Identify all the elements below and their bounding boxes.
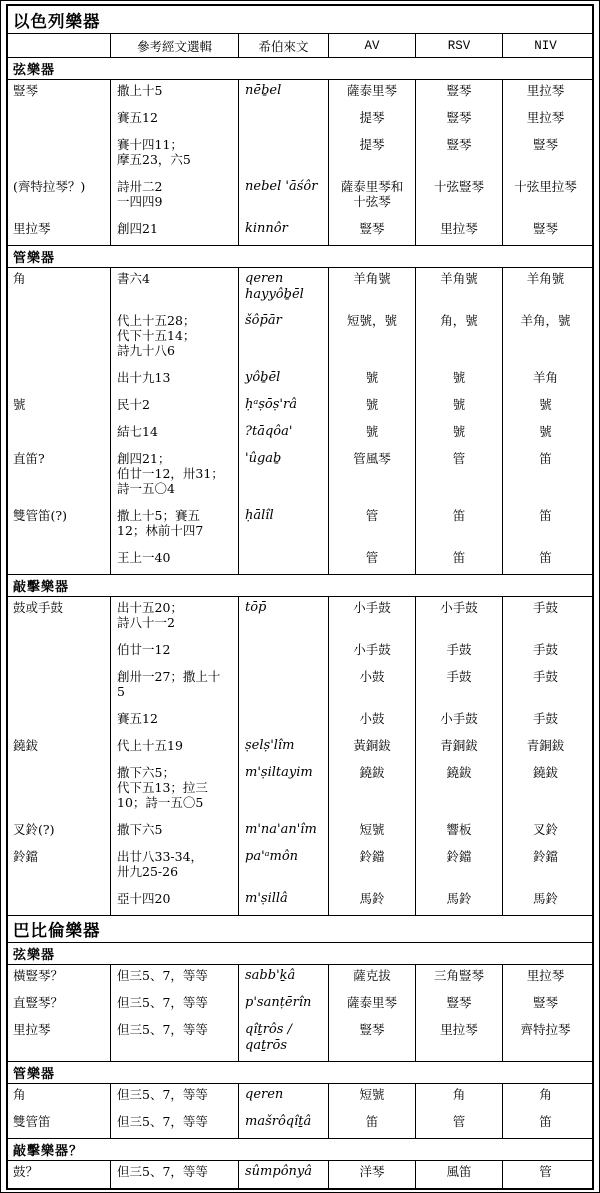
reference-cell: 創四21 [111,218,239,245]
reference-cell: 王上一40 [111,547,239,574]
rsv-cell: 鐃鈸 [416,762,503,819]
niv-cell: 手鼓 [503,639,588,666]
instrument-name-cell: 鈴鐺 [8,846,111,888]
instrument-name-cell: (齊特拉琴？) [8,176,111,218]
table-row: 橫豎琴？但三5、7，等等sabb'ḵâ薩克拔三角豎琴里拉琴 [8,965,592,992]
instrument-name-cell: 雙管笛 [8,1111,111,1138]
instrument-name-cell [8,310,111,367]
niv-cell: 笛 [503,1111,588,1138]
table-title-2: 巴比倫樂器 [8,915,592,943]
rsv-cell: 號 [416,421,503,448]
instrument-name-cell: 雙管笛(?) [8,505,111,547]
av-cell: 薩克拔 [329,965,416,992]
hebrew-cell: yôḇēl [239,367,329,394]
table-row: 伯廿一12小手鼓手鼓手鼓 [8,639,592,666]
rsv-cell: 羊角號 [416,268,503,310]
rsv-cell: 里拉琴 [416,218,503,245]
rsv-cell: 笛 [416,547,503,574]
table-row: 王上一40管笛笛 [8,547,592,574]
niv-cell: 羊角號 [503,268,588,310]
reference-cell: 民十2 [111,394,239,421]
instrument-name-cell: 鼓？ [8,1161,111,1188]
section-header-label: 弦樂器 [13,944,55,963]
niv-cell: 鐃鈸 [503,762,588,819]
instrument-name-cell [8,888,111,915]
av-cell: 薩泰里琴 [329,992,416,1019]
table-row: 出十九13yôḇēl號號羊角 [8,367,592,394]
av-cell: 短號 [329,819,416,846]
column-header-row: 參考經文選輯希伯來文AVRSVNIV [8,34,592,58]
hebrew-cell: sabb'ḵâ [239,965,329,992]
hebrew-cell: ?tāqôa' [239,421,329,448]
hebrew-cell [239,107,329,134]
hebrew-cell [239,708,329,735]
rsv-cell: 風笛 [416,1161,503,1188]
hebrew-cell [239,547,329,574]
rsv-cell: 十弦豎琴 [416,176,503,218]
niv-cell: 羊角 [503,367,588,394]
table-row: 雙管笛但三5、7，等等mašrôqîṯâ笛管笛 [8,1111,592,1138]
av-cell: 短號 [329,1084,416,1111]
section-header-6: 敲擊樂器？ [8,1138,592,1161]
rsv-cell: 小手鼓 [416,597,503,639]
reference-cell: 伯廿一12 [111,639,239,666]
hebrew-cell: qîṯrôs / qaṯrōs [239,1019,329,1061]
av-cell: 短號，號 [329,310,416,367]
av-cell: 小鼓 [329,666,416,708]
column-header-name [8,34,111,57]
niv-cell: 手鼓 [503,708,588,735]
rsv-cell: 三角豎琴 [416,965,503,992]
av-cell: 提琴 [329,134,416,176]
av-cell: 薩泰里琴 [329,80,416,107]
hebrew-cell: šôp̄ār [239,310,329,367]
reference-cell: 賽五12 [111,708,239,735]
av-cell: 豎琴 [329,218,416,245]
niv-cell: 里拉琴 [503,80,588,107]
instrument-name-cell: 角 [8,1084,111,1111]
niv-cell: 豎琴 [503,992,588,1019]
section-header-5: 管樂器 [8,1061,592,1084]
niv-cell: 號 [503,394,588,421]
rsv-cell: 豎琴 [416,107,503,134]
reference-cell: 撒上十5 [111,80,239,107]
instrument-name-cell [8,708,111,735]
table-row: 雙管笛(?)撒上十5；賽五 12；林前十四7ḥālîl管笛笛 [8,505,592,547]
niv-cell: 叉鈴 [503,819,588,846]
hebrew-cell: nēḇel [239,80,329,107]
hebrew-cell: kinnôr [239,218,329,245]
instrument-name-cell: 豎琴 [8,80,111,107]
av-cell: 鈴鐺 [329,846,416,888]
reference-cell: 出十五20； 詩八十一2 [111,597,239,639]
reference-cell: 撒下六5； 代下五13；拉三 10；詩一五〇5 [111,762,239,819]
hebrew-cell: ṣelṣ'lîm [239,735,329,762]
niv-cell: 里拉琴 [503,107,588,134]
reference-cell: 亞十四20 [111,888,239,915]
reference-cell: 賽十四11； 摩五23，六5 [111,134,239,176]
rsv-cell: 豎琴 [416,134,503,176]
instrument-name-cell: 鼓或手鼓 [8,597,111,639]
table-row: 撒下六5； 代下五13；拉三 10；詩一五〇5m'ṣiltayim鐃鈸鐃鈸鐃鈸 [8,762,592,819]
column-header-ref: 參考經文選輯 [111,34,239,57]
section-header-label: 敲擊樂器 [13,576,69,595]
instrument-name-cell: 里拉琴 [8,1019,111,1061]
niv-cell: 里拉琴 [503,965,588,992]
rsv-cell: 馬鈴 [416,888,503,915]
av-cell: 薩泰里琴和 十弦琴 [329,176,416,218]
av-cell: 管 [329,505,416,547]
hebrew-cell: m'ṣillâ [239,888,329,915]
rsv-cell: 里拉琴 [416,1019,503,1061]
niv-cell: 角 [503,1084,588,1111]
instrument-name-cell [8,547,111,574]
av-cell: 小手鼓 [329,639,416,666]
table-row: 代上十五28； 代下十五14； 詩九十八6šôp̄ār短號，號角，號羊角，號 [8,310,592,367]
av-cell: 小手鼓 [329,597,416,639]
reference-cell: 但三5、7，等等 [111,1111,239,1138]
table-row: (齊特拉琴？)詩卅二2 一四四9nebel 'āśôr薩泰里琴和 十弦琴十弦豎琴… [8,176,592,218]
table-row: 賽十四11； 摩五23，六5提琴豎琴豎琴 [8,134,592,176]
instrument-name-cell [8,421,111,448]
hebrew-cell [239,134,329,176]
table-row: 直笛?創四21； 伯廿一12，卅31； 詩一五〇4'ûgaḇ管風琴管笛 [8,448,592,505]
rsv-cell: 青銅鈸 [416,735,503,762]
table-row: 結七14?tāqôa'號號號 [8,421,592,448]
av-cell: 馬鈴 [329,888,416,915]
niv-cell: 管 [503,1161,588,1188]
hebrew-cell: ḥālîl [239,505,329,547]
reference-cell: 創四21； 伯廿一12，卅31； 詩一五〇4 [111,448,239,505]
rsv-cell: 管 [416,1111,503,1138]
hebrew-cell: m'ṣiltayim [239,762,329,819]
instrument-name-cell: 叉鈴(?) [8,819,111,846]
rsv-cell: 號 [416,367,503,394]
av-cell: 鐃鈸 [329,762,416,819]
section-header-label: 管樂器 [13,1063,55,1082]
av-cell: 號 [329,394,416,421]
reference-cell: 但三5、7，等等 [111,992,239,1019]
section-header-4: 弦樂器 [8,943,592,965]
table-row: 角書六4qeren hayyôḇēl羊角號羊角號羊角號 [8,268,592,310]
reference-cell: 代上十五28； 代下十五14； 詩九十八6 [111,310,239,367]
niv-cell: 笛 [503,505,588,547]
instrument-name-cell: 橫豎琴？ [8,965,111,992]
rsv-cell: 鈴鐺 [416,846,503,888]
section-header-label: 弦樂器 [13,59,55,78]
column-header-av: AV [329,34,416,57]
instrument-name-cell [8,367,111,394]
instrument-name-cell: 直豎琴？ [8,992,111,1019]
reference-cell: 但三5、7，等等 [111,965,239,992]
table-row: 豎琴撒上十5nēḇel薩泰里琴豎琴里拉琴 [8,80,592,107]
instrument-name-cell: 號 [8,394,111,421]
niv-cell: 馬鈴 [503,888,588,915]
table-title-label: 以色列樂器 [13,8,101,32]
hebrew-cell: nebel 'āśôr [239,176,329,218]
hebrew-cell: ḥᵃṣōṣ'râ [239,394,329,421]
section-header-2: 管樂器 [8,245,592,268]
rsv-cell: 角，號 [416,310,503,367]
table-row: 賽五12提琴豎琴里拉琴 [8,107,592,134]
table-row: 里拉琴但三5、7，等等qîṯrôs / qaṯrōs豎琴里拉琴齊特拉琴 [8,1019,592,1061]
instrument-name-cell: 直笛? [8,448,111,505]
rsv-cell: 笛 [416,505,503,547]
rsv-cell: 手鼓 [416,639,503,666]
av-cell: 管 [329,547,416,574]
column-header-niv: NIV [503,34,588,57]
hebrew-cell: mašrôqîṯâ [239,1111,329,1138]
rsv-cell: 豎琴 [416,80,503,107]
rsv-cell: 豎琴 [416,992,503,1019]
av-cell: 管風琴 [329,448,416,505]
table-row: 直豎琴？但三5、7，等等p'sanṭērîn薩泰里琴豎琴豎琴 [8,992,592,1019]
hebrew-cell: 'ûgaḇ [239,448,329,505]
reference-cell: 撒下六5 [111,819,239,846]
reference-cell: 代上十五19 [111,735,239,762]
table-row: 鐃鈸代上十五19ṣelṣ'lîm黃銅鈸青銅鈸青銅鈸 [8,735,592,762]
hebrew-cell: sûmpônyâ [239,1161,329,1188]
table-row: 鈴鐺出廿八33-34， 卅九25-26pa'ᵃmôn鈴鐺鈴鐺鈴鐺 [8,846,592,888]
av-cell: 號 [329,367,416,394]
instrument-name-cell: 鐃鈸 [8,735,111,762]
av-cell: 號 [329,421,416,448]
niv-cell: 號 [503,421,588,448]
av-cell: 提琴 [329,107,416,134]
table-row: 亞十四20m'ṣillâ馬鈴馬鈴馬鈴 [8,888,592,915]
reference-cell: 書六4 [111,268,239,310]
reference-cell: 賽五12 [111,107,239,134]
av-cell: 小鼓 [329,708,416,735]
section-header-1: 弦樂器 [8,58,592,80]
section-header-3: 敲擊樂器 [8,574,592,597]
niv-cell: 青銅鈸 [503,735,588,762]
instrument-name-cell [8,134,111,176]
hebrew-cell: tōp̄ [239,597,329,639]
table-row: 角但三5、7，等等qeren短號角角 [8,1084,592,1111]
reference-cell: 但三5、7，等等 [111,1084,239,1111]
reference-cell: 但三5、7，等等 [111,1019,239,1061]
table-row: 里拉琴創四21kinnôr豎琴里拉琴豎琴 [8,218,592,245]
rsv-cell: 響板 [416,819,503,846]
page-frame: 以色列樂器參考經文選輯希伯來文AVRSVNIV弦樂器豎琴撒上十5nēḇel薩泰里… [0,0,600,1193]
instrument-name-cell [8,762,111,819]
reference-cell: 撒上十5；賽五 12；林前十四7 [111,505,239,547]
av-cell: 羊角號 [329,268,416,310]
instruments-table: 以色列樂器參考經文選輯希伯來文AVRSVNIV弦樂器豎琴撒上十5nēḇel薩泰里… [6,4,594,1190]
instrument-name-cell: 角 [8,268,111,310]
rsv-cell: 角 [416,1084,503,1111]
reference-cell: 但三5、7，等等 [111,1161,239,1188]
niv-cell: 笛 [503,547,588,574]
instrument-name-cell [8,666,111,708]
av-cell: 黃銅鈸 [329,735,416,762]
rsv-cell: 手鼓 [416,666,503,708]
hebrew-cell: pa'ᵃmôn [239,846,329,888]
instrument-name-cell [8,639,111,666]
rsv-cell: 管 [416,448,503,505]
niv-cell: 鈴鐺 [503,846,588,888]
column-header-hebrew: 希伯來文 [239,34,329,57]
niv-cell: 齊特拉琴 [503,1019,588,1061]
instrument-name-cell [8,107,111,134]
reference-cell: 出廿八33-34， 卅九25-26 [111,846,239,888]
section-header-label: 管樂器 [13,247,55,266]
table-row: 叉鈴(?)撒下六5m'na'an'îm短號響板叉鈴 [8,819,592,846]
av-cell: 豎琴 [329,1019,416,1061]
av-cell: 洋琴 [329,1161,416,1188]
reference-cell: 創卅一27；撒上十 5 [111,666,239,708]
reference-cell: 出十九13 [111,367,239,394]
table-row: 號民十2ḥᵃṣōṣ'râ號號號 [8,394,592,421]
niv-cell: 豎琴 [503,218,588,245]
table-row: 賽五12小鼓小手鼓手鼓 [8,708,592,735]
hebrew-cell: qeren hayyôḇēl [239,268,329,310]
niv-cell: 笛 [503,448,588,505]
av-cell: 笛 [329,1111,416,1138]
niv-cell: 手鼓 [503,597,588,639]
hebrew-cell [239,666,329,708]
column-header-rsv: RSV [416,34,503,57]
table-row: 創卅一27；撒上十 5小鼓手鼓手鼓 [8,666,592,708]
hebrew-cell: p'sanṭērîn [239,992,329,1019]
instrument-name-cell: 里拉琴 [8,218,111,245]
niv-cell: 十弦里拉琴 [503,176,588,218]
hebrew-cell: qeren [239,1084,329,1111]
rsv-cell: 小手鼓 [416,708,503,735]
hebrew-cell [239,639,329,666]
table-row: 鼓或手鼓出十五20； 詩八十一2tōp̄小手鼓小手鼓手鼓 [8,597,592,639]
section-header-label: 敲擊樂器？ [13,1140,83,1159]
niv-cell: 手鼓 [503,666,588,708]
niv-cell: 豎琴 [503,134,588,176]
niv-cell: 羊角，號 [503,310,588,367]
reference-cell: 結七14 [111,421,239,448]
rsv-cell: 號 [416,394,503,421]
table-row: 鼓？但三5、7，等等sûmpônyâ洋琴風笛管 [8,1161,592,1188]
hebrew-cell: m'na'an'îm [239,819,329,846]
table-title-label: 巴比倫樂器 [13,917,101,941]
reference-cell: 詩卅二2 一四四9 [111,176,239,218]
table-title-1: 以色列樂器 [8,6,592,34]
